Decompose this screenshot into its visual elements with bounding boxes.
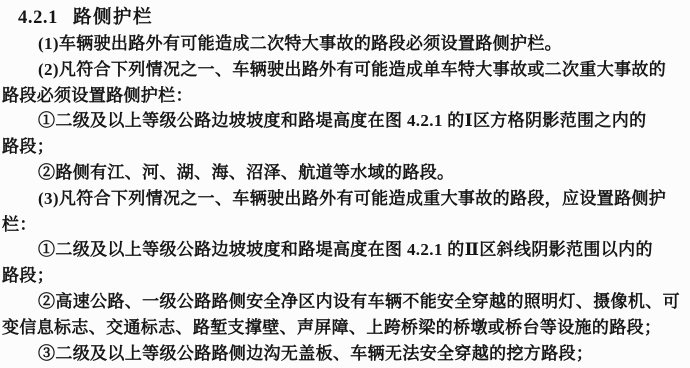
section-heading: 4.2.1路侧护栏	[18, 5, 690, 31]
text-line: (2)凡符合下列情况之一、车辆驶出路外有可能造成单车特大事故或二次重大事故的	[2, 57, 690, 83]
text-line: 路段必须设置路侧护栏：	[2, 83, 690, 109]
text-line: (3)凡符合下列情况之一、车辆驶出路外有可能造成重大事故的路段，应设置路侧护	[2, 186, 690, 212]
text-line: (1)车辆驶出路外有可能造成二次特大事故的路段必须设置路侧护栏。	[2, 31, 690, 57]
text-line: ②路侧有江、河、湖、海、沼泽、航道等水域的路段。	[2, 160, 690, 186]
document-page: 4.2.1路侧护栏 (1)车辆驶出路外有可能造成二次特大事故的路段必须设置路侧护…	[0, 0, 690, 368]
text-line: 路段；	[2, 134, 690, 160]
text-line: 栏：	[2, 212, 690, 238]
text-line: ③二级及以上等级公路路侧边沟无盖板、车辆无法安全穿越的挖方路段；	[2, 341, 690, 367]
text-line: ②高速公路、一级公路路侧安全净区内设有车辆不能安全穿越的照明灯、摄像机、可	[2, 289, 690, 315]
text-line: ①二级及以上等级公路边坡坡度和路堤高度在图 4.2.1 的Ⅰ区方格阴影范围之内的	[2, 108, 690, 134]
text-line: ①二级及以上等级公路边坡坡度和路堤高度在图 4.2.1 的Ⅱ区斜线阴影范围以内的	[2, 237, 690, 263]
section-number: 4.2.1	[18, 8, 58, 28]
text-line: 变信息标志、交通标志、路堑支撑壁、声屏障、上跨桥梁的桥墩或桥台等设施的路段；	[2, 315, 690, 341]
text-line: 路段；	[2, 263, 690, 289]
section-title: 路侧护栏	[73, 8, 153, 28]
